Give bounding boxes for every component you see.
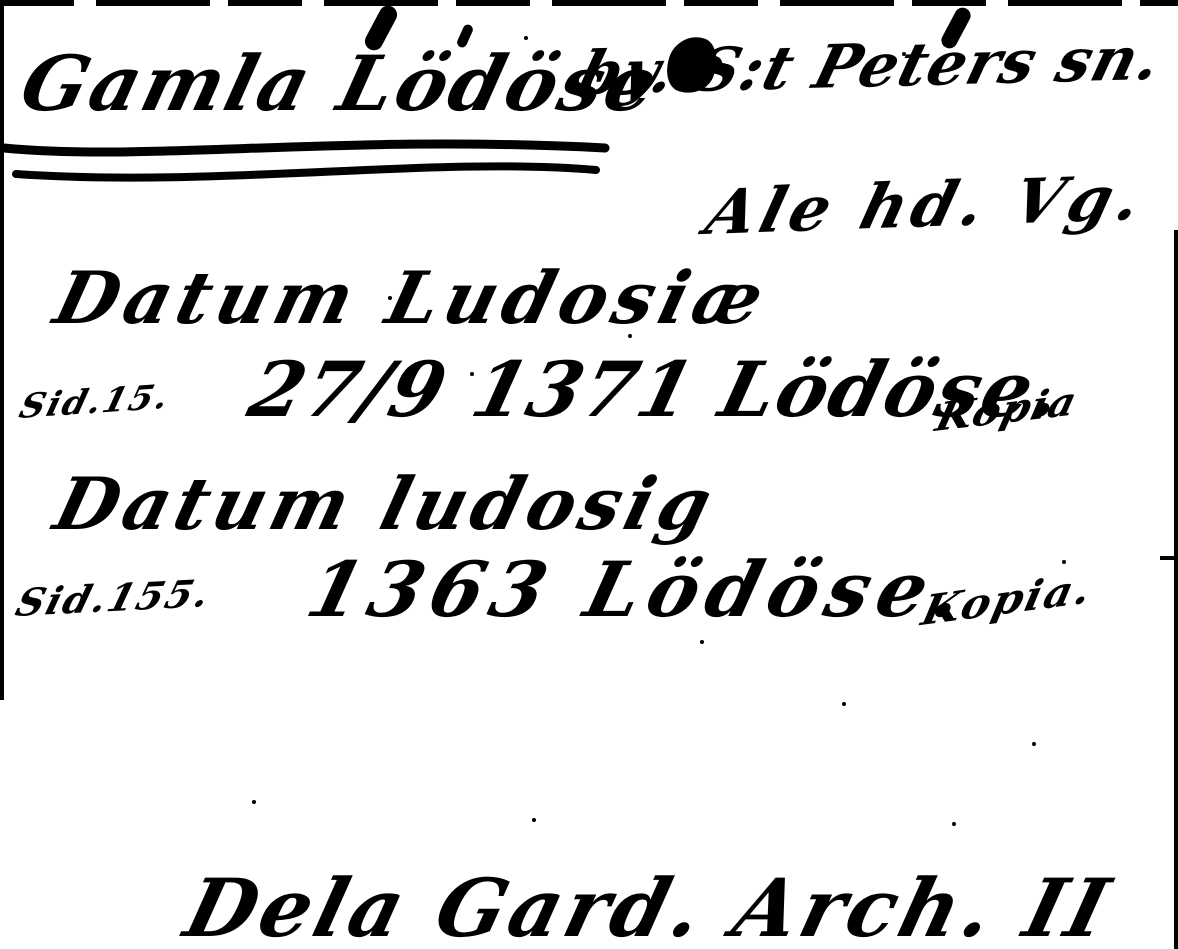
scan-artifact-right-edge [1174, 230, 1178, 949]
speck [952, 822, 956, 826]
speck [700, 640, 704, 644]
page-reference: Sid.15. [16, 380, 174, 424]
parish-annotation: by. S:t Peters sn. [572, 29, 1168, 104]
entry-heading: Datum ludosig [48, 468, 723, 540]
entry-heading: Datum Ludosiæ [48, 262, 776, 334]
scan-artifact-left-edge [0, 0, 4, 700]
district-line: Ale hd. Vg. [700, 167, 1152, 244]
double-underline-decoration [0, 128, 640, 192]
speck [252, 800, 256, 804]
page-reference: Sid.155. [12, 574, 216, 622]
entry-date-place: 1363 Lödöse. [300, 552, 978, 628]
speck [842, 702, 846, 706]
archive-reference: Dela Gard. Arch. II [178, 868, 1120, 948]
place-name: Gamla Lödöse [14, 46, 667, 122]
speck [532, 818, 536, 822]
speck [1032, 742, 1036, 746]
index-card: Gamla Lödöse by. S:t Peters sn. Ale hd. … [0, 0, 1178, 949]
scan-artifact-right-tick [1160, 556, 1176, 560]
speck [1062, 560, 1066, 564]
scan-artifact-top-edge [0, 0, 1178, 6]
